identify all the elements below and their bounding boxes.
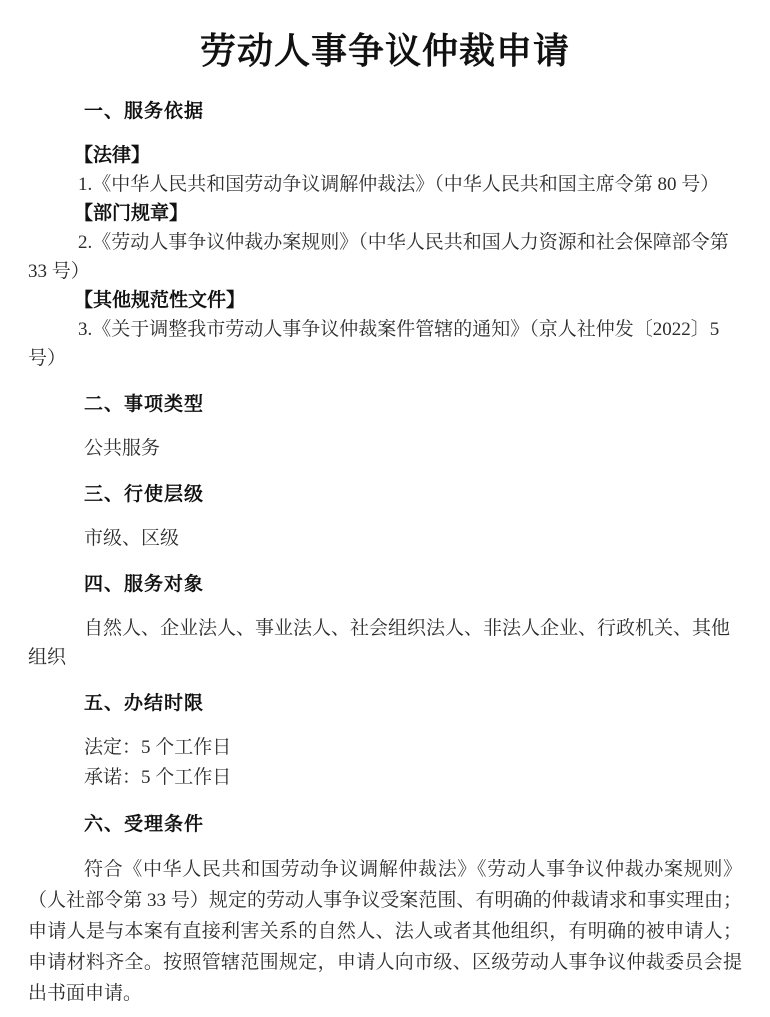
section-heading-item-type: 二、事项类型: [28, 393, 742, 417]
legal-category-label-law: 【法律】: [28, 141, 742, 170]
section-heading-exercise-level: 三、行使层级: [28, 483, 742, 507]
promised-time-limit: 承诺：5 个工作日: [28, 763, 742, 793]
section-heading-acceptance-conditions: 六、受理条件: [28, 813, 742, 837]
section-heading-service-targets: 四、服务对象: [28, 573, 742, 597]
section-exercise-level: 三、行使层级 市级、区级: [28, 483, 742, 553]
acceptance-conditions-text: 符合《中华人民共和国劳动争议调解仲裁法》《劳动人事争议仲裁办案规则》（人社部令第…: [28, 854, 742, 1009]
section-heading-completion-time-limit: 五、办结时限: [28, 692, 742, 716]
legal-category-label-department-rules: 【部门规章】: [28, 199, 742, 228]
exercise-level-value: 市级、区级: [28, 524, 742, 553]
section-service-targets: 四、服务对象 自然人、企业法人、事业法人、社会组织法人、非法人企业、行政机关、其…: [28, 573, 742, 672]
section-item-type: 二、事项类型 公共服务: [28, 393, 742, 463]
service-targets-value: 自然人、企业法人、事业法人、社会组织法人、非法人企业、行政机关、其他组织: [28, 614, 742, 672]
section-acceptance-conditions: 六、受理条件 符合《中华人民共和国劳动争议调解仲裁法》《劳动人事争议仲裁办案规则…: [28, 813, 742, 1009]
section-completion-time-limit: 五、办结时限 法定：5 个工作日 承诺：5 个工作日: [28, 692, 742, 793]
document-page: 劳动人事争议仲裁申请 一、服务依据 【法律】 1.《中华人民共和国劳动争议调解仲…: [0, 0, 770, 1017]
item-type-value: 公共服务: [28, 434, 742, 463]
legal-reference-1: 1.《中华人民共和国劳动争议调解仲裁法》（中华人民共和国主席令第 80 号）: [28, 170, 742, 199]
legal-reference-2: 2.《劳动人事争议仲裁办案规则》（中华人民共和国人力资源和社会保障部令第 33 …: [28, 228, 742, 286]
section-heading-service-basis: 一、服务依据: [28, 100, 742, 124]
statutory-time-limit: 法定：5 个工作日: [28, 733, 742, 763]
document-title: 劳动人事争议仲裁申请: [28, 30, 742, 73]
legal-reference-3: 3.《关于调整我市劳动人事争议仲裁案件管辖的通知》（京人社仲发〔2022〕5 号…: [28, 315, 742, 373]
legal-category-label-other-normative-documents: 【其他规范性文件】: [28, 286, 742, 315]
section-service-basis: 一、服务依据 【法律】 1.《中华人民共和国劳动争议调解仲裁法》（中华人民共和国…: [28, 100, 742, 373]
